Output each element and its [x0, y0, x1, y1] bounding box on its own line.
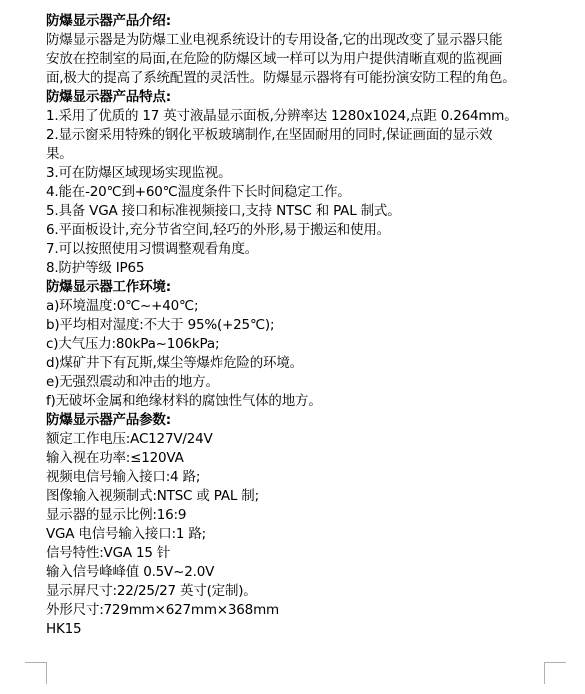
parameter-item: 输入信号峰峰值 0.5V~2.0V: [46, 563, 576, 582]
environment-item: e)无强烈震动和冲击的地方。: [46, 373, 576, 392]
feature-item: 8.防护等级 IP65: [46, 259, 576, 278]
document-page: 防爆显示器产品介绍: 防爆显示器是为防爆工业电视系统设计的专用设备,它的出现改变…: [46, 12, 576, 639]
feature-item: 果。: [46, 145, 576, 164]
parameter-item: VGA 电信号输入接口:1 路;: [46, 525, 576, 544]
intro-line: 面,极大的提高了系统配置的灵活性。防爆显示器将有可能扮演安防工程的角色。: [46, 69, 576, 88]
parameter-item: 额定工作电压:AC127V/24V: [46, 430, 576, 449]
environment-item: b)平均相对湿度:不大于 95%(+25℃);: [46, 316, 576, 335]
section-heading-features: 防爆显示器产品特点:: [46, 88, 576, 107]
environment-item: a)环境温度:0℃~+40℃;: [46, 297, 576, 316]
parameter-item: 信号特性:VGA 15 针: [46, 544, 576, 563]
section-heading-intro: 防爆显示器产品介绍:: [46, 12, 576, 31]
parameter-item: 视频电信号输入接口:4 路;: [46, 468, 576, 487]
feature-item: 7.可以按照使用习惯调整观看角度。: [46, 240, 576, 259]
feature-item: 6.平面板设计,充分节省空间,轻巧的外形,易于搬运和使用。: [46, 221, 576, 240]
parameter-item: 显示器的显示比例:16:9: [46, 506, 576, 525]
feature-item: 4.能在-20℃到+60℃温度条件下长时间稳定工作。: [46, 183, 576, 202]
feature-item: 2.显示窗采用特殊的钢化平板玻璃制作,在坚固耐用的同时,保证画面的显示效: [46, 126, 576, 145]
environment-item: d)煤矿井下有瓦斯,煤尘等爆炸危险的环境。: [46, 354, 576, 373]
parameter-item: HK15: [46, 620, 576, 639]
section-heading-parameters: 防爆显示器产品参数:: [46, 411, 576, 430]
environment-item: f)无破坏金属和绝缘材料的腐蚀性气体的地方。: [46, 392, 576, 411]
parameter-item: 显示屏尺寸:22/25/27 英寸(定制)。: [46, 582, 576, 601]
feature-item: 5.具备 VGA 接口和标准视频接口,支持 NTSC 和 PAL 制式。: [46, 202, 576, 221]
section-heading-environment: 防爆显示器工作环境:: [46, 278, 576, 297]
intro-line: 防爆显示器是为防爆工业电视系统设计的专用设备,它的出现改变了显示器只能: [46, 31, 576, 50]
intro-line: 安放在控制室的局面,在危险的防爆区域一样可以为用户提供清晰直观的监视画: [46, 50, 576, 69]
page-margin-corner-mark-right: [544, 662, 566, 684]
parameter-item: 图像输入视频制式:NTSC 或 PAL 制;: [46, 487, 576, 506]
environment-item: c)大气压力:80kPa~106kPa;: [46, 335, 576, 354]
parameter-item: 外形尺寸:729mm×627mm×368mm: [46, 601, 576, 620]
parameter-item: 输入视在功率:≤120VA: [46, 449, 576, 468]
feature-item: 3.可在防爆区域现场实现监视。: [46, 164, 576, 183]
page-margin-corner-mark-left: [25, 662, 47, 684]
feature-item: 1.采用了优质的 17 英寸液晶显示面板,分辨率达 1280x1024,点距 0…: [46, 107, 576, 126]
